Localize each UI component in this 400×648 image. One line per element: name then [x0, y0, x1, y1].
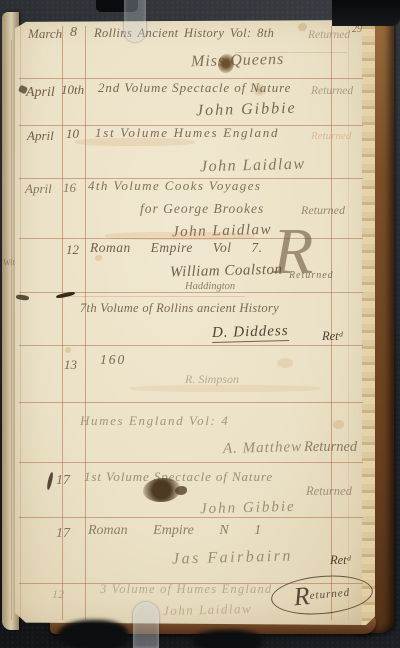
entry-borrower-signature: A. Matthew: [223, 440, 303, 457]
foxing-spot: [277, 358, 293, 368]
page-number: 29: [352, 25, 362, 35]
ink-stroke: [46, 472, 54, 490]
returned-loop: R eturned: [270, 572, 375, 619]
entry-day: 12: [52, 588, 64, 600]
entry-borrower-signature: Jas Fairbairn: [172, 548, 293, 567]
entry-day: 17: [56, 527, 70, 541]
ink-offset-ghost: [130, 385, 320, 392]
entry-borrower-signature: R. Simpson: [185, 373, 239, 385]
entry-day: 13: [64, 358, 77, 371]
returned-flourish-initial: R: [293, 583, 311, 610]
shadow-blob: [58, 620, 128, 648]
entry-status: Returned: [304, 440, 357, 455]
margin-rule: [20, 26, 21, 620]
status-column-rule-2: [348, 26, 349, 620]
foxing-spot: [95, 255, 102, 261]
row-rule: [60, 296, 245, 297]
entry-borrower-signature: John Gibbie: [196, 101, 297, 120]
ink-offset-ghost: [105, 232, 255, 240]
entry-status: Retᵈ: [322, 330, 343, 343]
foxing-spot: [65, 347, 71, 353]
row-rule: [19, 78, 363, 79]
entry-status: Returned: [306, 485, 352, 498]
row-rule: [19, 462, 363, 463]
entry-borrower-signature: John Laidlaw: [200, 157, 306, 176]
row-rule: [19, 345, 363, 346]
row-rule: [19, 517, 363, 518]
entry-title: Roman Empire Vol 7.: [90, 241, 263, 255]
ink-blot: [218, 54, 234, 73]
transparent-strap-bottom: [133, 602, 159, 648]
day-column-rule: [85, 26, 86, 620]
entry-title: Rollins Ancient History Vol: 8th: [94, 27, 274, 40]
entry-date: April: [26, 86, 55, 100]
entry-title: 7th Volume of Rollins ancient History: [80, 302, 279, 315]
entry-day: 12: [66, 243, 79, 256]
deckle-edge: [362, 20, 375, 625]
entry-note: for George Brookes: [140, 202, 264, 216]
ledger-photograph: With 29 March 8 Rollins Ancient History …: [0, 0, 400, 648]
ink-offset-ghost: [75, 138, 195, 146]
entry-status: Returned: [311, 86, 353, 98]
entry-day: 10th: [61, 83, 84, 96]
entry-title: 160: [100, 353, 126, 367]
entry-date: March: [28, 27, 62, 40]
ink-blot: [175, 486, 187, 495]
entry-title: 1st Volume Spectacle of Nature: [84, 470, 273, 483]
entry-status: Returned: [308, 30, 350, 42]
row-rule: [19, 402, 363, 403]
entry-status: Returned: [311, 131, 351, 142]
entry-title: 3 Volume of Humes England: [100, 583, 272, 596]
entry-title: Roman Empire N 1: [88, 524, 261, 538]
transparent-strap-top: [124, 0, 146, 42]
entry-date: April: [27, 129, 54, 142]
foxing-spot: [298, 23, 307, 31]
entry-title: Humes England Vol: 4: [80, 414, 229, 427]
entry-day: 10: [66, 127, 79, 140]
entry-borrower-note: Haddington: [185, 282, 235, 293]
entry-borrower-signature: John Laidlaw: [163, 602, 252, 617]
paper-stain: [252, 84, 267, 96]
ink-dash: [16, 294, 30, 301]
foxing-spot: [333, 420, 344, 429]
shadow-blob: [192, 630, 262, 648]
ledger-page: 29 March 8 Rollins Ancient History Vol: …: [15, 20, 375, 625]
entry-status: eturned: [309, 587, 350, 601]
entry-borrower-signature: D. Diddess: [212, 324, 289, 343]
entry-day: 17: [56, 474, 70, 488]
entry-date: April: [25, 182, 52, 195]
entry-title: 4th Volume Cooks Voyages: [88, 179, 261, 192]
entry-day: 16: [63, 181, 76, 194]
entry-day: 8: [70, 26, 77, 40]
status-column-rule: [331, 26, 332, 620]
page-clamp-top-right: [332, 0, 400, 26]
entry-status: Returned: [289, 271, 334, 281]
entry-status: Retᵈ: [330, 554, 351, 567]
entry-borrower-signature: John Gibbie: [200, 500, 296, 518]
previous-page-rule-line: [11, 40, 12, 620]
entry-borrower-signature: William Coalston: [170, 263, 283, 281]
entry-borrower-signature: Miss Queens: [191, 52, 285, 70]
